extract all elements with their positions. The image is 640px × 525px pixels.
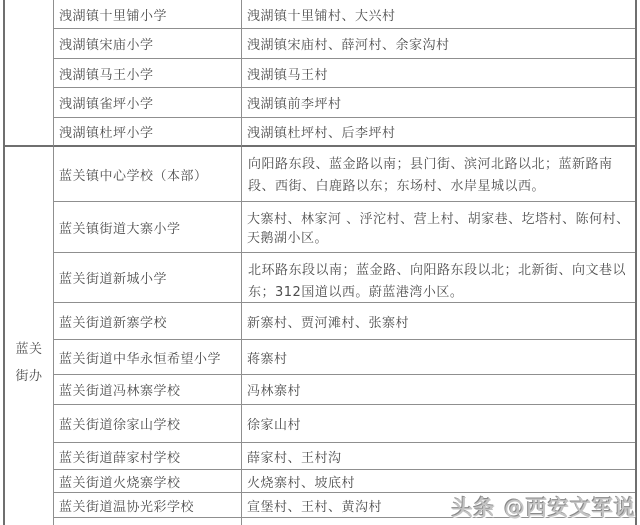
villages-cell: 洩湖镇十里铺村、大兴村 xyxy=(242,0,635,29)
villages-cell: 洩湖镇宋庙村、薛河村、余家沟村 xyxy=(242,29,635,59)
school-cell xyxy=(54,518,242,525)
school-cell: 蓝关街道温协光彩学校 xyxy=(54,493,242,518)
school-cell: 蓝关街道火烧寨学校 xyxy=(54,470,242,493)
villages-cell: 洩湖镇马王村 xyxy=(242,59,635,88)
villages-cell: 向阳路东段、蓝金路以南；县门街、滨河北路以北；蓝新路南段、西街、白鹿路以东；东场… xyxy=(242,147,635,202)
office-label: 蓝关街办 xyxy=(14,336,44,390)
school-cell: 蓝关镇中心学校（本部） xyxy=(54,147,242,202)
villages-cell: 薛家村、王村沟 xyxy=(242,443,635,470)
school-cell: 洩湖镇十里铺小学 xyxy=(54,0,242,29)
school-cell: 蓝关街道中华永恒希望小学 xyxy=(54,340,242,375)
school-cell: 洩湖镇杜坪小学 xyxy=(54,118,242,147)
school-cell: 蓝关街道薛家村学校 xyxy=(54,443,242,470)
villages-cell: 洩湖镇杜坪村、后李坪村 xyxy=(242,118,635,147)
office-cell xyxy=(5,0,54,147)
school-cell: 蓝关镇街道大寨小学 xyxy=(54,202,242,253)
watermark: 头条 @西安文军说 xyxy=(452,492,636,522)
villages-cell: 蒋寨村 xyxy=(242,340,635,375)
school-cell: 洩湖镇宋庙小学 xyxy=(54,29,242,59)
school-cell: 蓝关街道冯林寨学校 xyxy=(54,375,242,405)
villages-cell: 北环路东段以南；蓝金路、向阳路东段以北；北新街、向文巷以东；312国道以西。蔚蓝… xyxy=(242,253,635,303)
villages-cell: 徐家山村 xyxy=(242,405,635,443)
school-cell: 蓝关街道新寨学校 xyxy=(54,303,242,340)
villages-cell: 冯林寨村 xyxy=(242,375,635,405)
villages-cell: 洩湖镇前李坪村 xyxy=(242,88,635,118)
office-cell: 蓝关街办 xyxy=(5,147,54,525)
villages-cell: 火烧寨村、坡底村 xyxy=(242,470,635,493)
school-cell: 蓝关街道徐家山学校 xyxy=(54,405,242,443)
villages-cell: 新寨村、贾河滩村、张寨村 xyxy=(242,303,635,340)
school-cell: 蓝关街道新城小学 xyxy=(54,253,242,303)
villages-cell: 大寨村、林家河 、泘沱村、营上村、胡家巷、圪塔村、陈何村、天鹅湖小区。 xyxy=(242,202,635,253)
school-district-table: 洩湖镇十里铺小学 洩湖镇十里铺村、大兴村 洩湖镇宋庙小学 洩湖镇宋庙村、薛河村、… xyxy=(3,0,637,525)
school-cell: 洩湖镇马王小学 xyxy=(54,59,242,88)
school-cell: 洩湖镇雀坪小学 xyxy=(54,88,242,118)
